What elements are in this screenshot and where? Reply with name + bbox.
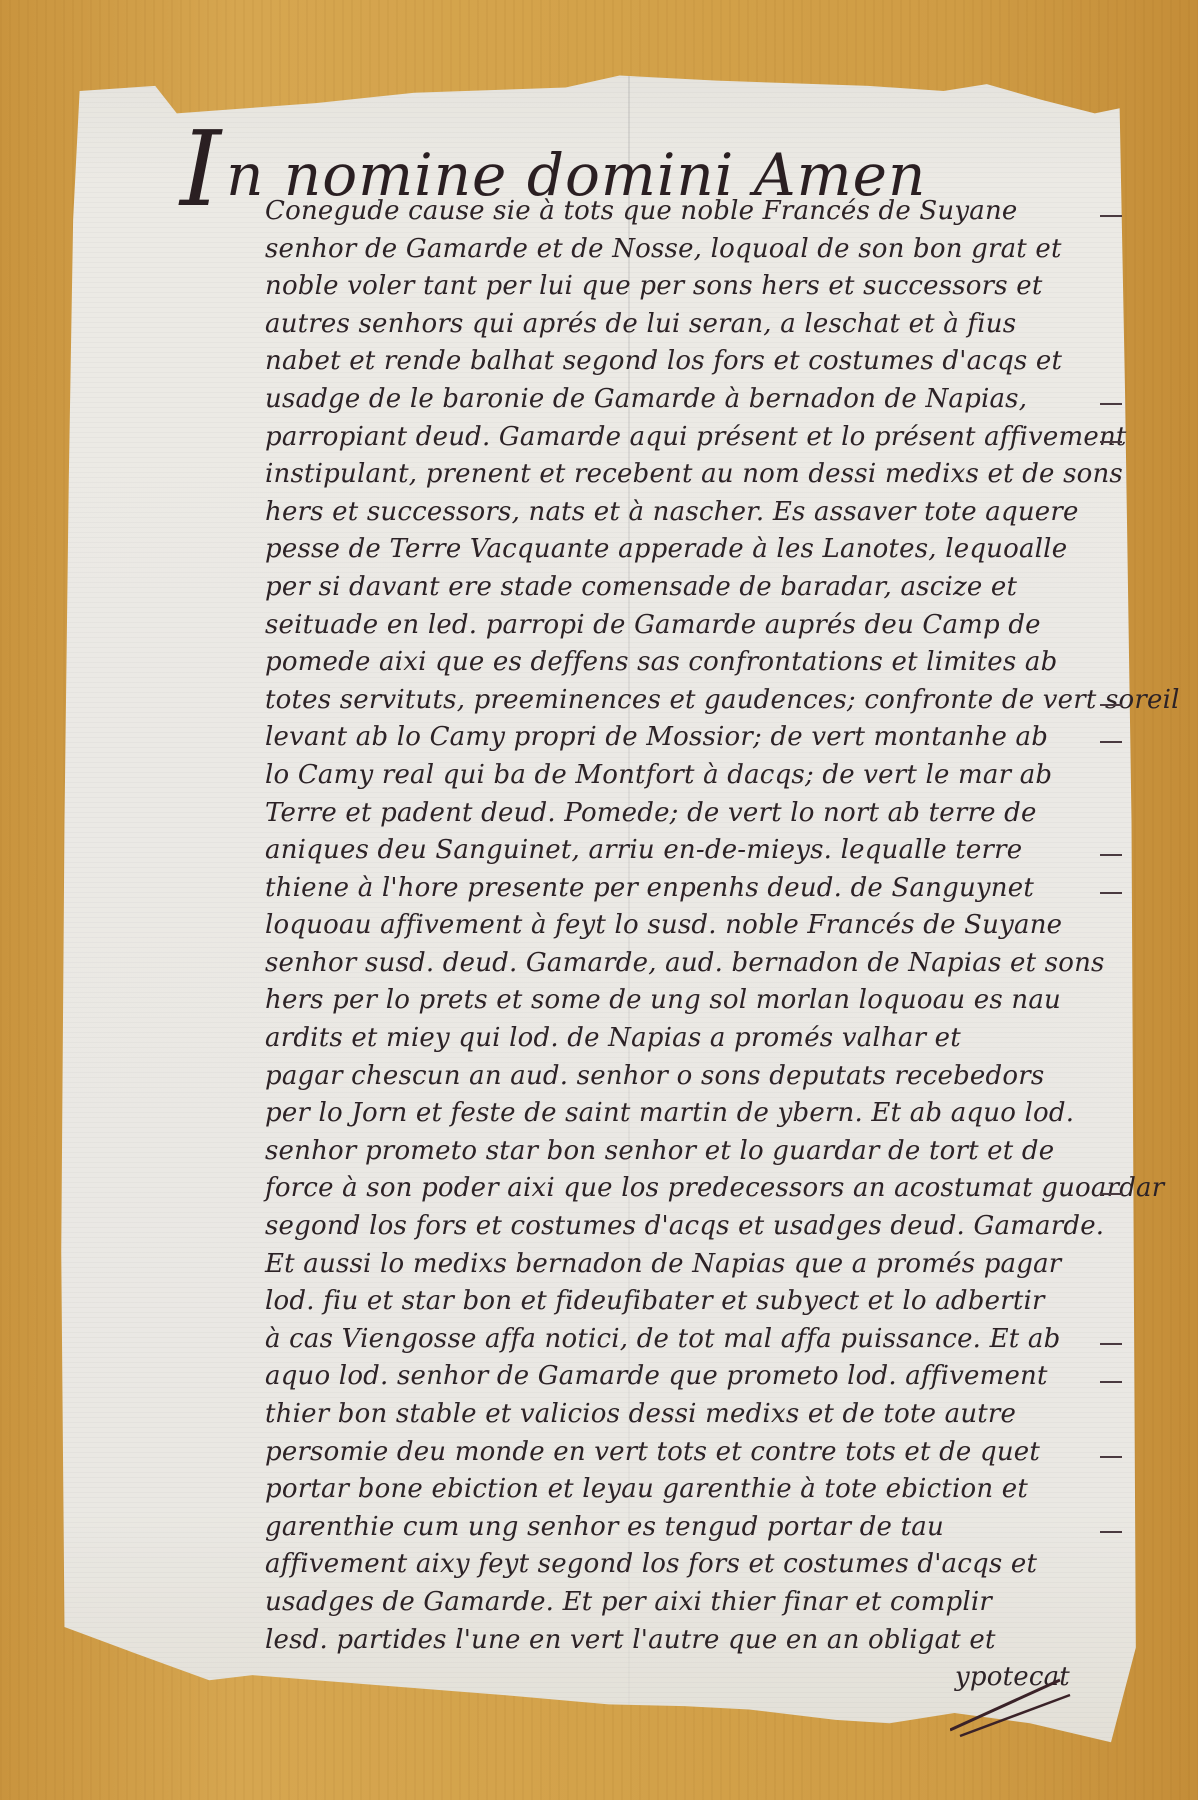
line-filler-dash <box>1100 1381 1122 1383</box>
manuscript-line: Conegude cause sie à tots que noble Fran… <box>265 193 1105 231</box>
manuscript-line: thier bon stable et valicios dessi medix… <box>265 1396 1105 1434</box>
manuscript-line: pomede aixi que es deffens sas confronta… <box>265 644 1105 682</box>
manuscript-line: usadge de le baronie de Gamarde à bernad… <box>265 381 1105 419</box>
manuscript-line: pagar chescun an aud. senhor o sons depu… <box>265 1058 1105 1096</box>
line-filler-dash <box>1100 1456 1122 1458</box>
manuscript-line: thiene à l'hore presente per enpenhs deu… <box>265 870 1105 908</box>
manuscript-line: autres senhors qui aprés de lui seran, a… <box>265 306 1105 344</box>
line-filler-dash <box>1100 704 1122 706</box>
manuscript-line: noble voler tant per lui que per sons he… <box>265 268 1105 306</box>
manuscript-line: seituade en led. parropi de Gamarde aupr… <box>265 607 1105 645</box>
manuscript-line: persomie deu monde en vert tots et contr… <box>265 1434 1105 1472</box>
manuscript-line: instipulant, prenent et recebent au nom … <box>265 456 1105 494</box>
manuscript-line: levant ab lo Camy propri de Mossior; de … <box>265 719 1105 757</box>
line-filler-dash <box>1100 741 1122 743</box>
manuscript-line: totes servituts, preeminences et gaudenc… <box>265 682 1105 720</box>
manuscript-line: pesse de Terre Vacquante apperade à les … <box>265 531 1105 569</box>
manuscript-line: per lo Jorn et feste de saint martin de … <box>265 1095 1105 1133</box>
manuscript-line: lesd. partides l'une en vert l'autre que… <box>265 1622 1105 1660</box>
manuscript-line: Et aussi lo medixs bernadon de Napias qu… <box>265 1246 1105 1284</box>
manuscript-line: lo Camy real qui ba de Montfort à dacqs;… <box>265 757 1105 795</box>
manuscript-line: usadges de Gamarde. Et per aixi thier fi… <box>265 1584 1105 1622</box>
manuscript-line: lod. fiu et star bon et fideufibater et … <box>265 1283 1105 1321</box>
line-filler-dash <box>1100 892 1122 894</box>
manuscript-line: aniques deu Sanguinet, arriu en-de-mieys… <box>265 832 1105 870</box>
manuscript-line: portar bone ebiction et leyau garenthie … <box>265 1471 1105 1509</box>
signature-flourish-strokes <box>950 1670 1100 1740</box>
manuscript-line: aquo lod. senhor de Gamarde que prometo … <box>265 1358 1105 1396</box>
manuscript-line: nabet et rende balhat segond los fors et… <box>265 343 1105 381</box>
line-filler-dash <box>1100 441 1122 443</box>
manuscript-line: hers et successors, nats et à nascher. E… <box>265 494 1105 532</box>
line-filler-dash <box>1100 403 1122 405</box>
manuscript-line: ardits et miey qui lod. de Napias a prom… <box>265 1020 1105 1058</box>
line-filler-dash <box>1100 1531 1122 1533</box>
manuscript-line: senhor prometo star bon senhor et lo gua… <box>265 1133 1105 1171</box>
line-filler-dash <box>1100 215 1122 217</box>
heading-initial: I <box>180 108 222 230</box>
manuscript-line: affivement aixy feyt segond los fors et … <box>265 1546 1105 1584</box>
manuscript-line: Terre et padent deud. Pomede; de vert lo… <box>265 795 1105 833</box>
line-filler-dash <box>1100 1193 1122 1195</box>
manuscript-line: senhor susd. deud. Gamarde, aud. bernado… <box>265 945 1105 983</box>
deed-body: Conegude cause sie à tots que noble Fran… <box>265 193 1105 1697</box>
manuscript-line: hers per lo prets et some de ung sol mor… <box>265 982 1105 1020</box>
manuscript-line: per si davant ere stade comensade de bar… <box>265 569 1105 607</box>
manuscript-line: senhor de Gamarde et de Nosse, loquoal d… <box>265 231 1105 269</box>
manuscript-line: à cas Viengosse affa notici, de tot mal … <box>265 1321 1105 1359</box>
line-filler-dash <box>1100 1343 1122 1345</box>
manuscript-line: force à son poder aixi que los predecess… <box>265 1170 1105 1208</box>
manuscript-line: loquoau affivement à feyt lo susd. noble… <box>265 907 1105 945</box>
line-filler-dash <box>1100 854 1122 856</box>
manuscript-line: garenthie cum ung senhor es tengud porta… <box>265 1509 1105 1547</box>
manuscript-line: segond los fors et costumes d'acqs et us… <box>265 1208 1105 1246</box>
manuscript-line: parropiant deud. Gamarde aqui présent et… <box>265 419 1105 457</box>
